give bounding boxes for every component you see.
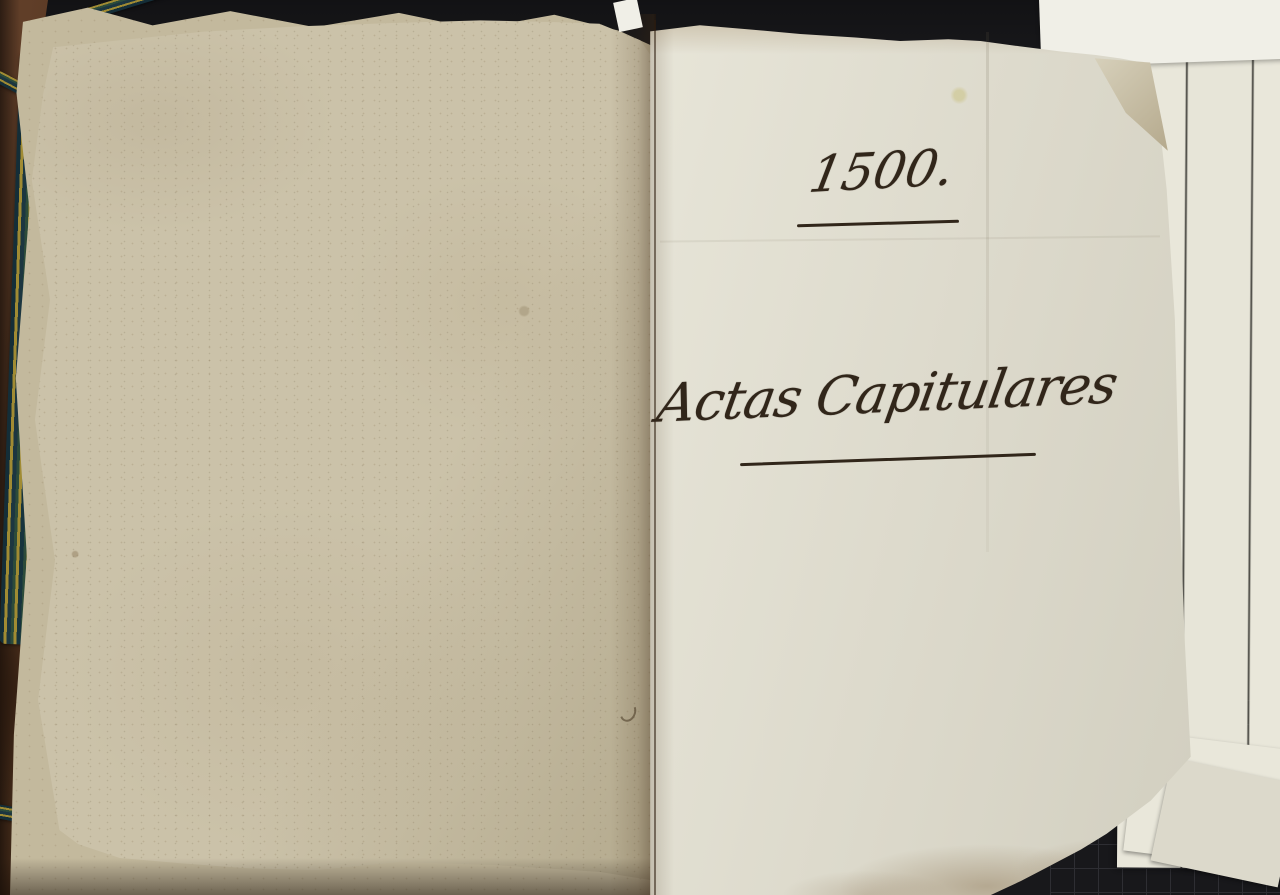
bottom-edge-shadow	[0, 858, 660, 895]
year-heading: 1500.	[777, 138, 988, 204]
gutter-fold-line	[654, 20, 656, 895]
gutter-fold-shadow	[610, 14, 656, 895]
manuscript-photo: 1500. Actas Capitulares	[0, 0, 1280, 895]
blank-left-page	[28, 16, 656, 884]
paper-crease	[986, 32, 989, 552]
